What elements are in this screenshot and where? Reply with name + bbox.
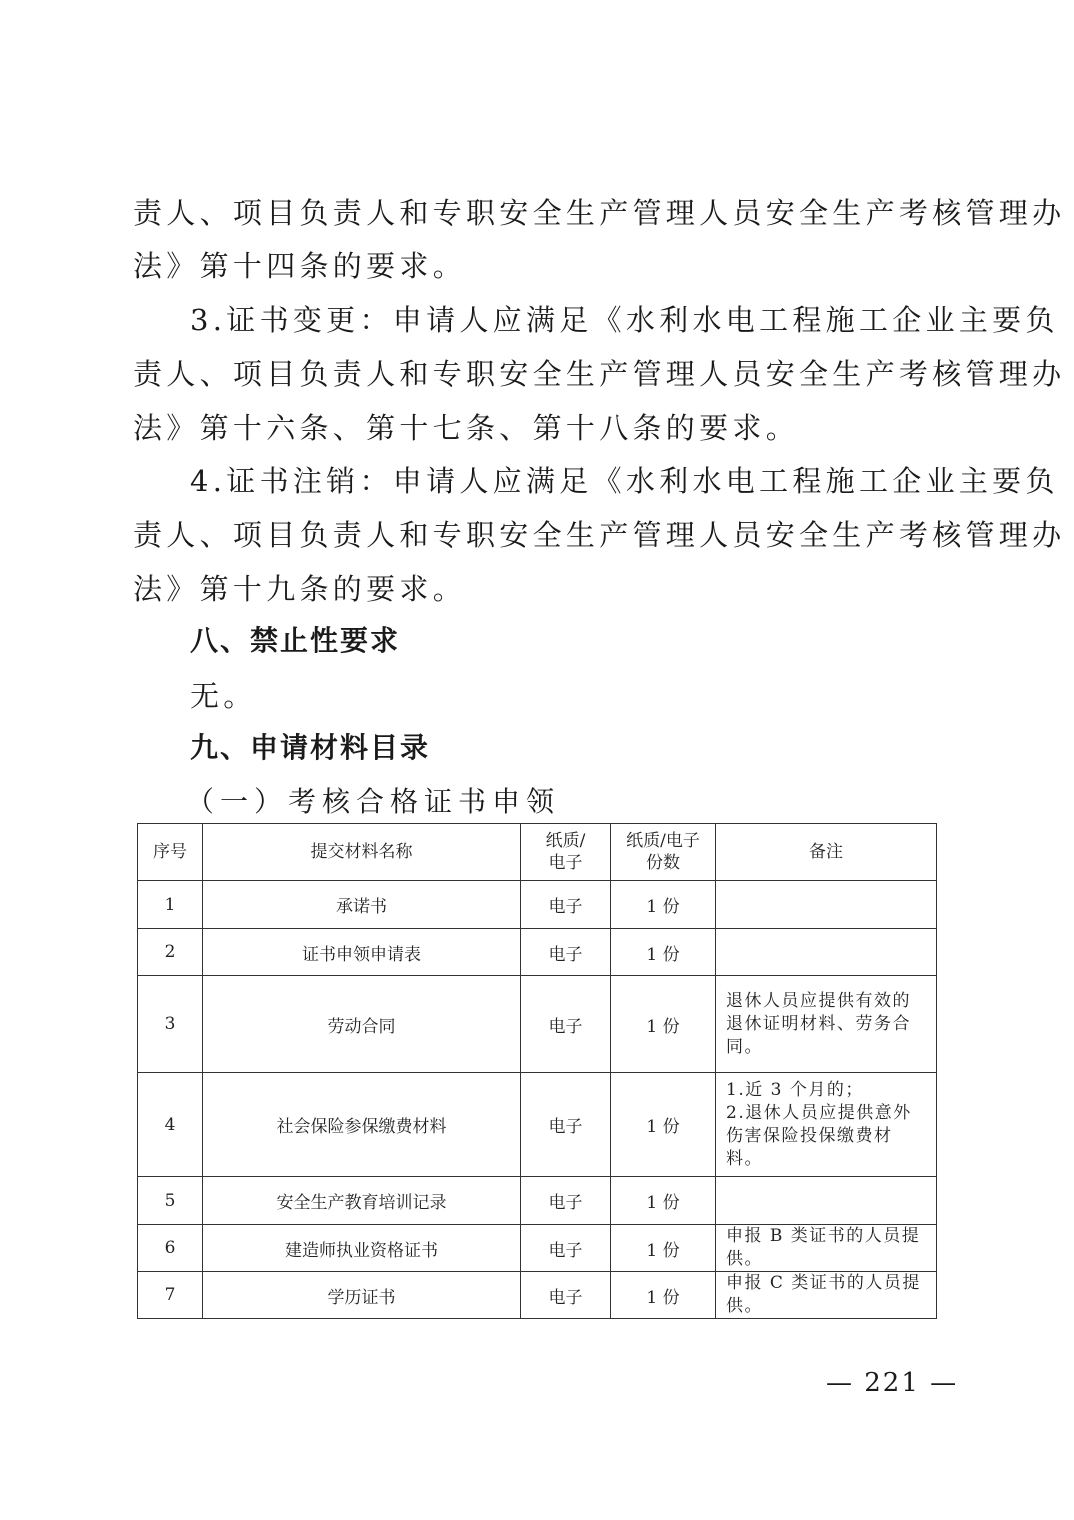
materials-table: 序号 提交材料名称 纸质/ 电子 纸质/电子 份数 备注 1 承诺书 电子 1 …	[137, 823, 937, 1319]
row-note	[716, 1177, 937, 1225]
table-row: 7 学历证书 电子 1 份 申报 C 类证书的人员提供。	[138, 1272, 937, 1319]
row-no: 1	[138, 881, 203, 929]
table-row: 6 建造师执业资格证书 电子 1 份 申报 B 类证书的人员提供。	[138, 1225, 937, 1272]
body-line-1: 责人、项目负责人和专职安全生产管理人员安全生产考核管理办	[133, 193, 1065, 233]
header-note: 备注	[716, 824, 937, 881]
row-name: 劳动合同	[203, 976, 521, 1073]
row-no: 5	[138, 1177, 203, 1225]
row-note	[716, 929, 937, 976]
row-no: 4	[138, 1073, 203, 1177]
row-name: 安全生产教育培训记录	[203, 1177, 521, 1225]
body-line-3: 3.证书变更：申请人应满足《水利水电工程施工企业主要负	[190, 300, 1059, 340]
row-no: 6	[138, 1225, 203, 1272]
row-no: 3	[138, 976, 203, 1073]
row-type: 电子	[521, 929, 611, 976]
row-note: 退休人员应提供有效的退休证明材料、劳务合同。	[716, 976, 937, 1073]
row-type: 电子	[521, 881, 611, 929]
row-no: 7	[138, 1272, 203, 1319]
row-copies: 1 份	[611, 1073, 716, 1177]
row-copies: 1 份	[611, 1177, 716, 1225]
row-note: 申报 C 类证书的人员提供。	[716, 1272, 937, 1319]
row-type: 电子	[521, 1225, 611, 1272]
row-copies: 1 份	[611, 976, 716, 1073]
row-name: 承诺书	[203, 881, 521, 929]
section-8-heading: 八、禁止性要求	[190, 621, 400, 661]
header-no: 序号	[138, 824, 203, 881]
row-copies: 1 份	[611, 1272, 716, 1319]
row-type: 电子	[521, 1073, 611, 1177]
row-name: 学历证书	[203, 1272, 521, 1319]
table-row: 1 承诺书 电子 1 份	[138, 881, 937, 929]
body-line-8: 法》第十九条的要求。	[133, 569, 466, 609]
table-row: 2 证书申领申请表 电子 1 份	[138, 929, 937, 976]
page-number: — 221 —	[826, 1368, 958, 1398]
section-9-subheading: （一）考核合格证书申领	[186, 782, 560, 822]
table-row: 5 安全生产教育培训记录 电子 1 份	[138, 1177, 937, 1225]
header-copies: 纸质/电子 份数	[611, 824, 716, 881]
row-type: 电子	[521, 1177, 611, 1225]
table-row: 3 劳动合同 电子 1 份 退休人员应提供有效的退休证明材料、劳务合同。	[138, 976, 937, 1073]
row-note: 1.近 3 个月的； 2.退休人员应提供意外伤害保险投保缴费材料。	[716, 1073, 937, 1177]
row-name: 社会保险参保缴费材料	[203, 1073, 521, 1177]
row-name: 证书申领申请表	[203, 929, 521, 976]
row-note	[716, 881, 937, 929]
header-type: 纸质/ 电子	[521, 824, 611, 881]
row-name: 建造师执业资格证书	[203, 1225, 521, 1272]
row-copies: 1 份	[611, 929, 716, 976]
row-type: 电子	[521, 1272, 611, 1319]
body-line-7: 责人、项目负责人和专职安全生产管理人员安全生产考核管理办	[133, 515, 1065, 555]
section-9-heading: 九、申请材料目录	[190, 728, 430, 768]
row-no: 2	[138, 929, 203, 976]
body-line-4: 责人、项目负责人和专职安全生产管理人员安全生产考核管理办	[133, 354, 1065, 394]
header-name: 提交材料名称	[203, 824, 521, 881]
row-copies: 1 份	[611, 881, 716, 929]
body-line-5: 法》第十六条、第十七条、第十八条的要求。	[133, 408, 799, 448]
row-type: 电子	[521, 976, 611, 1073]
table-row: 4 社会保险参保缴费材料 电子 1 份 1.近 3 个月的； 2.退休人员应提供…	[138, 1073, 937, 1177]
body-line-2: 法》第十四条的要求。	[133, 246, 466, 286]
row-note: 申报 B 类证书的人员提供。	[716, 1225, 937, 1272]
section-8-text: 无。	[190, 676, 257, 716]
body-line-6: 4.证书注销：申请人应满足《水利水电工程施工企业主要负	[190, 461, 1059, 501]
table-header-row: 序号 提交材料名称 纸质/ 电子 纸质/电子 份数 备注	[138, 824, 937, 881]
row-copies: 1 份	[611, 1225, 716, 1272]
